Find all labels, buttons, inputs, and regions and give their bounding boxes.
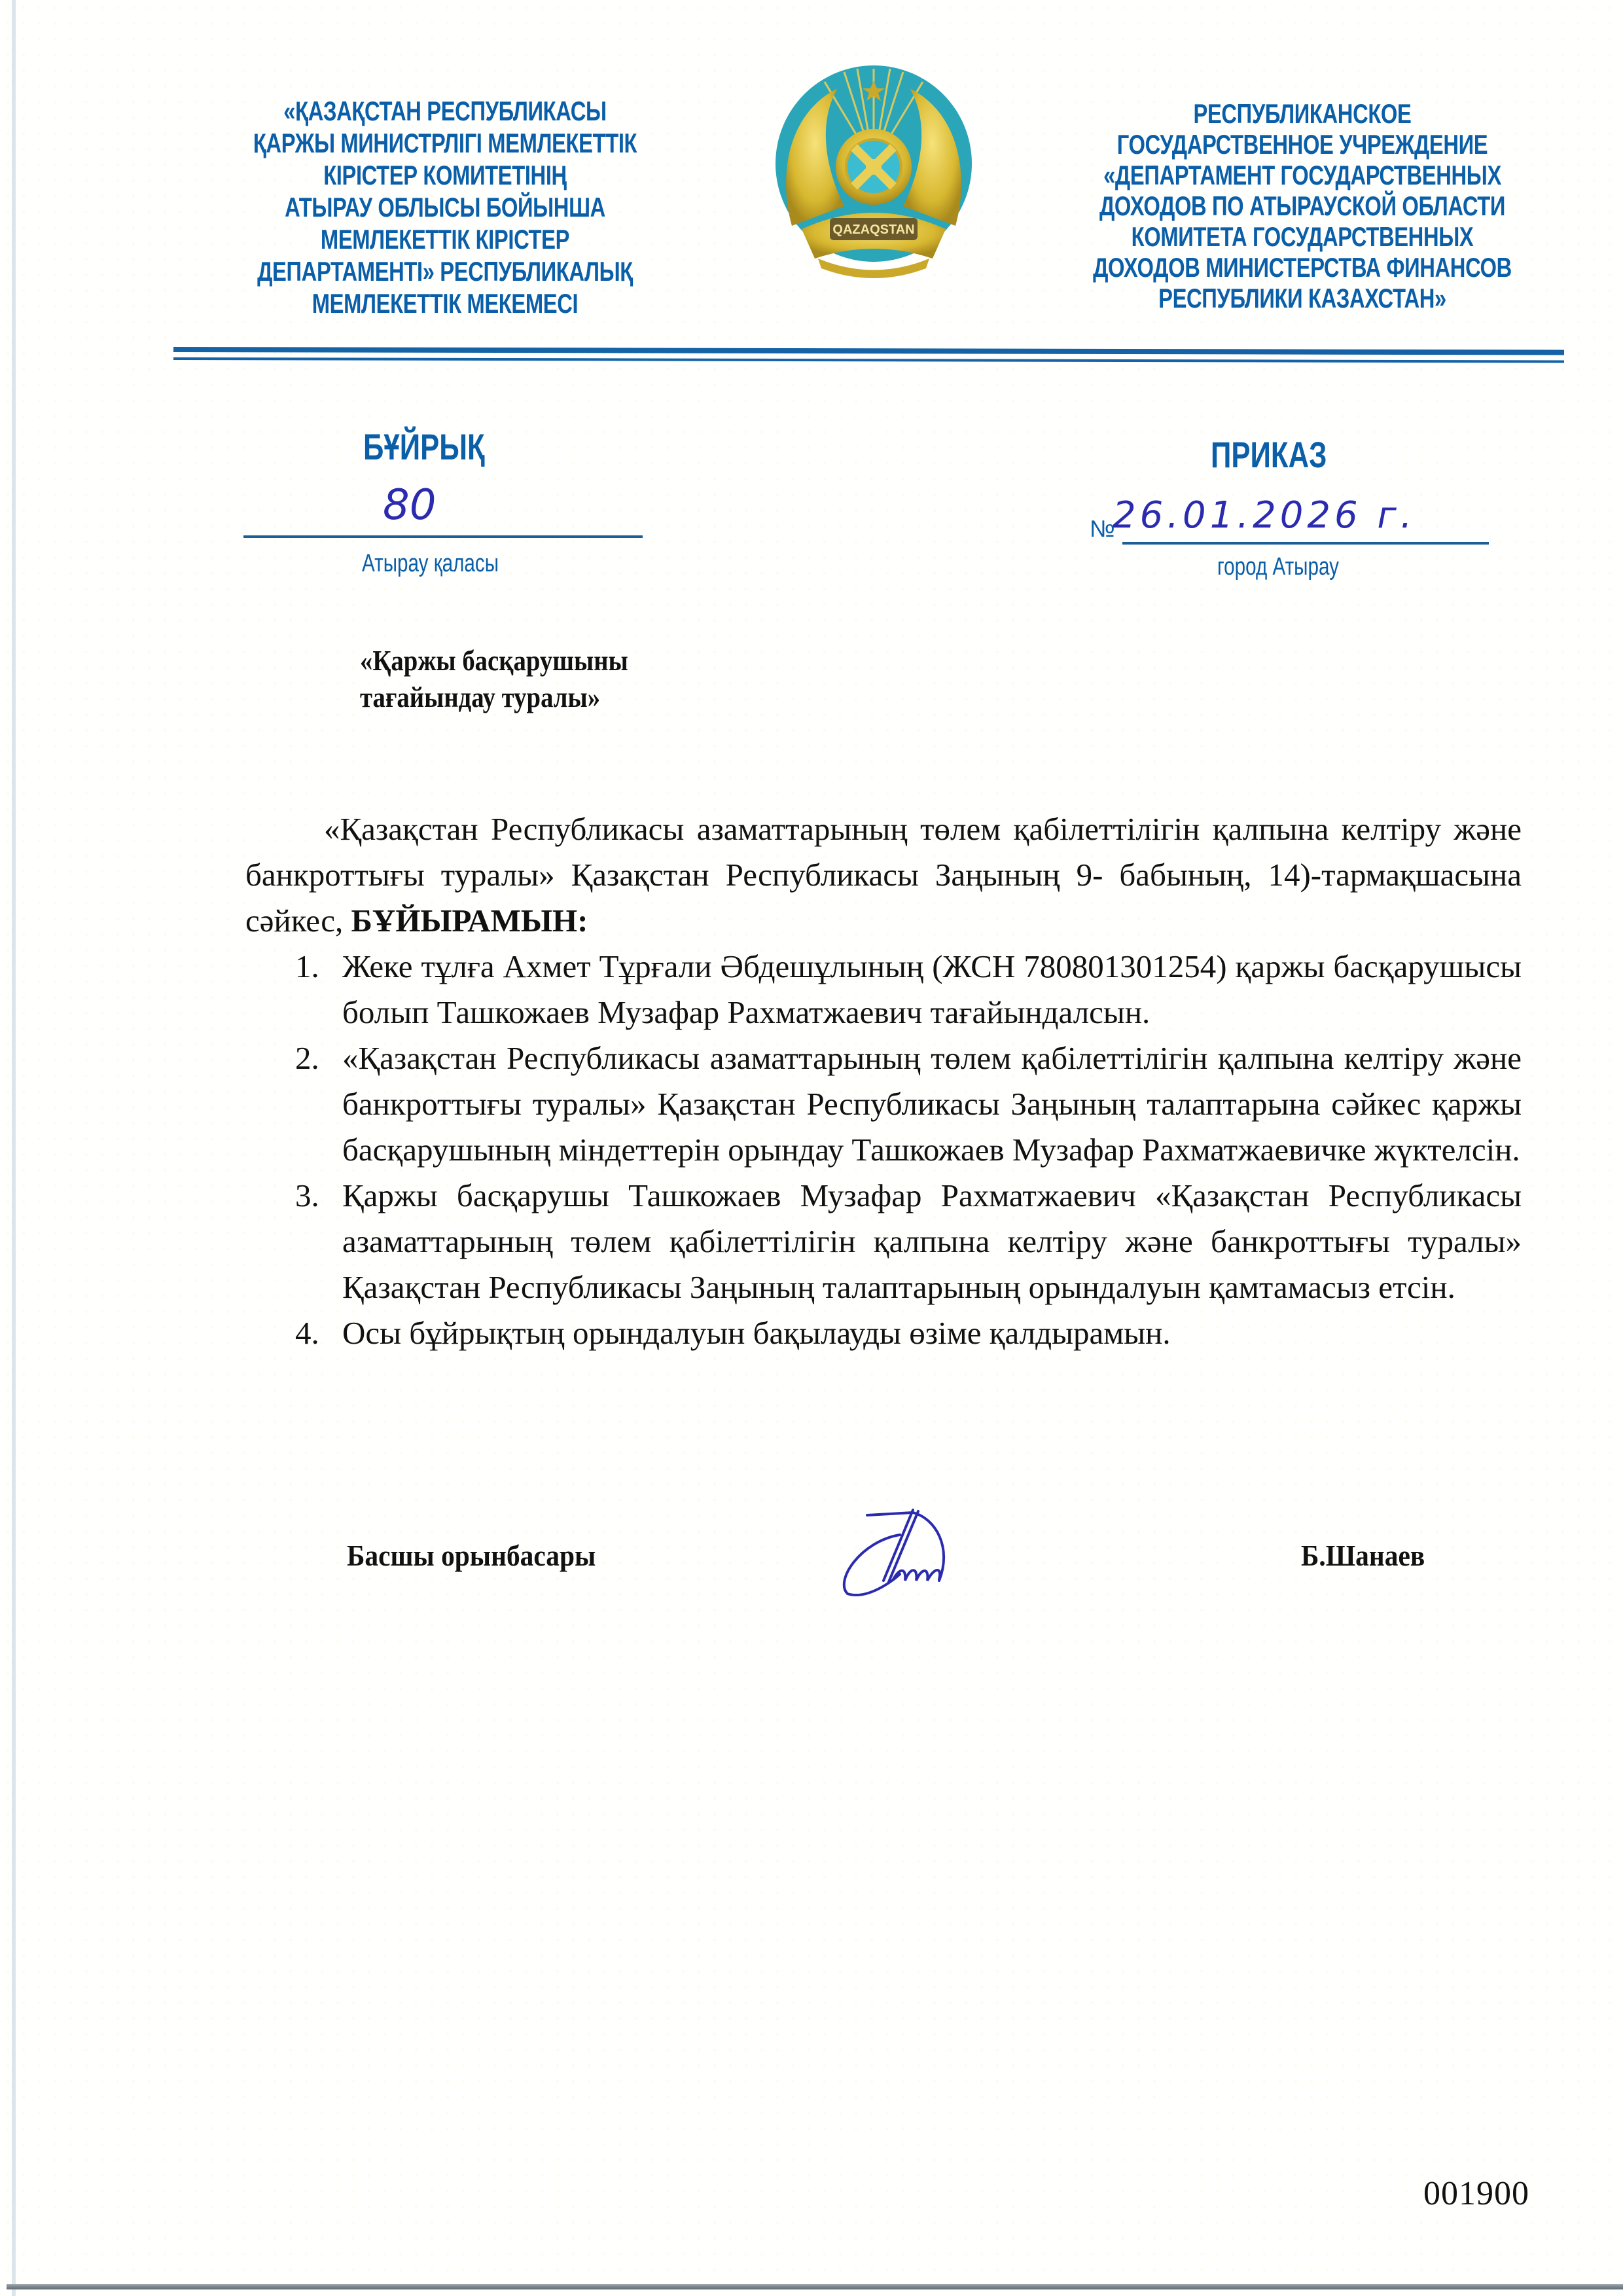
item-number: 2. [295,1035,319,1081]
order-item: 2. «Қазақстан Республикасы азаматтарының… [245,1035,1522,1173]
header-kz-line: АТЫРАУ ОБЛЫСЫ БОЙЫНША [179,191,710,223]
order-date-handwritten: 26.01.2026 г. [1113,494,1416,537]
order-item: 1. Жеке тұлға Ахмет Тұрғали Әбдешұлының … [245,944,1522,1035]
state-emblem-icon: QAZAQSTAN [766,62,982,281]
item-number: 1. [295,944,319,990]
header-ru-line: ДОХОДОВ ПО АТЫРАУСКОЙ ОБЛАСТИ [1016,190,1588,221]
header-kz-line: ДЕПАРТАМЕНТІ» РЕСПУБЛИКАЛЫҚ [179,255,710,287]
scan-bottom-edge [7,2284,1623,2289]
item-text: Жеке тұлға Ахмет Тұрғали Әбдешұлының (ЖС… [342,948,1522,1030]
order-item: 3. Қаржы басқарушы Ташкожаев Музафар Рах… [245,1173,1522,1310]
city-kz: Атырау қаласы [362,550,499,578]
header-ru-institution: РЕСПУБЛИКАНСКОЕ ГОСУДАРСТВЕННОЕ УЧРЕЖДЕН… [1016,98,1588,314]
document-page: «ҚАЗАҚСТАН РЕСПУБЛИКАСЫ ҚАРЖЫ МИНИСТРЛІГ… [0,0,1623,2296]
header-ru-line: РЕСПУБЛИКИ КАЗАХСТАН» [1016,283,1588,314]
header-ru-line: РЕСПУБЛИКАНСКОЕ [1016,98,1588,129]
header-kz-line: МЕМЛЕКЕТТІК МЕКЕМЕСІ [179,287,710,319]
order-body: «Қазақстан Республикасы азаматтарының тө… [245,806,1522,1356]
form-serial-number: 001900 [1423,2174,1529,2213]
number-sign: № [1090,515,1115,543]
subject-line: тағайындау туралы» [360,679,628,716]
emblem-label: QAZAQSTAN [832,223,914,237]
signatory-name: Б.Шанаев [1301,1538,1425,1573]
header-kz-line: КІРІСТЕР КОМИТЕТІНІҢ [179,159,710,191]
header-ru-line: «ДЕПАРТАМЕНТ ГОСУДАРСТВЕННЫХ [1016,160,1588,190]
handwritten-signature-icon [821,1502,1024,1600]
item-number: 3. [295,1173,319,1219]
item-text: Қаржы басқарушы Ташкожаев Музафар Рахмат… [342,1177,1522,1305]
preamble-command: БҰЙЫРАМЫН: [351,903,588,939]
order-subject: «Қаржы басқарушыны тағайындау туралы» [360,643,628,716]
order-title-kz: БҰЙРЫҚ [363,425,485,468]
item-text: Осы бұйрықтың орындалуын бақылауды өзіме… [342,1315,1171,1351]
signatory-role: Басшы орынбасары [347,1538,596,1573]
header-divider-thin [173,357,1564,363]
header-kz-line: ҚАРЖЫ МИНИСТРЛІГІ МЕМЛЕКЕТТІК [179,127,710,159]
order-number-underline [243,535,643,538]
header-ru-line: ДОХОДОВ МИНИСТЕРСТВА ФИНАНСОВ [1016,252,1588,283]
order-title-ru: ПРИКАЗ [1211,433,1327,476]
subject-line: «Қаржы басқарушыны [360,643,628,679]
item-number: 4. [295,1310,319,1356]
header-ru-line: КОМИТЕТА ГОСУДАРСТВЕННЫХ [1016,221,1588,252]
order-date-underline [1122,542,1489,545]
city-ru: город Атырау [1217,553,1339,581]
header-divider-thick [173,347,1564,355]
scan-left-edge [12,0,16,2296]
header-kz-line: «ҚАЗАҚСТАН РЕСПУБЛИКАСЫ [179,95,710,127]
item-text: «Қазақстан Республикасы азаматтарының тө… [342,1040,1522,1168]
header-kz-line: МЕМЛЕКЕТТІК КІРІСТЕР [179,223,710,255]
order-items-list: 1. Жеке тұлға Ахмет Тұрғали Әбдешұлының … [245,944,1522,1356]
header-ru-line: ГОСУДАРСТВЕННОЕ УЧРЕЖДЕНИЕ [1016,129,1588,160]
order-number-handwritten: 80 [383,481,436,529]
preamble: «Қазақстан Республикасы азаматтарының тө… [245,806,1522,944]
header-kz-institution: «ҚАЗАҚСТАН РЕСПУБЛИКАСЫ ҚАРЖЫ МИНИСТРЛІГ… [179,95,710,319]
order-item: 4. Осы бұйрықтың орындалуын бақылауды өз… [245,1310,1522,1356]
